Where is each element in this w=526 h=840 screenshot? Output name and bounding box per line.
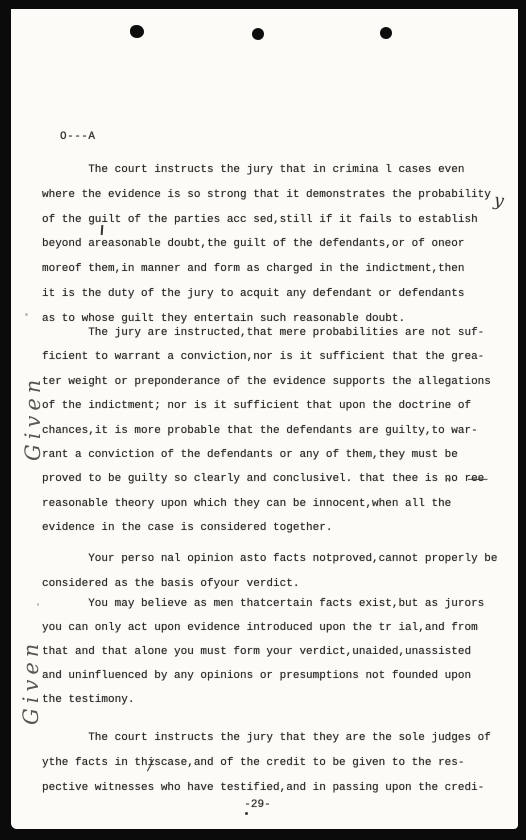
punch-hole-dot (380, 27, 392, 39)
paragraph-reasonable-doubt: The court instructs the jury that in cri… (42, 158, 491, 332)
paragraph-sole-judges: The court instructs the jury that they a… (42, 726, 491, 801)
text-line: where the evidence is so strong that it … (42, 183, 491, 208)
text-line: pective witnesses who have testified,and… (42, 776, 491, 801)
scan-speck (25, 313, 28, 316)
handwritten-given-note-1: Given (21, 375, 45, 461)
caret-insertion-mark: ^ (445, 477, 450, 487)
text-line: proved to be guilty so clearly and concl… (42, 467, 491, 491)
paragraph-evidence-only: You may believe as men thatcertain facts… (42, 592, 484, 712)
paragraph-personal-opinion: Your perso nal opinion asto facts notpro… (42, 547, 497, 597)
text-line: you can only act upon evidence introduce… (42, 616, 484, 640)
text-line: it is the duty of the jury to acquit any… (42, 282, 491, 307)
text-line: ythe facts in thiscase,and of the credit… (42, 751, 491, 776)
text-line: The court instructs the jury that they a… (42, 726, 491, 751)
text-line: moreof them,in manner and form as charge… (42, 257, 491, 282)
text-line: The court instructs the jury that in cri… (42, 158, 491, 183)
instruction-label: O---A (60, 131, 96, 143)
punch-hole-dot (130, 25, 144, 38)
text-line: beyond areasonable doubt,the guilt of th… (42, 232, 491, 257)
text-line: and uninfluenced by any opinions or pres… (42, 664, 484, 688)
page-number: -29- (11, 799, 504, 811)
scan-speck (37, 603, 39, 606)
text-line: Your perso nal opinion asto facts notpro… (42, 547, 497, 572)
handwritten-slash-mark: / (148, 756, 153, 774)
paragraph-mere-probabilities: The jury are instructed,that mere probab… (42, 321, 491, 541)
text-line: that and that alone you must form your v… (42, 640, 484, 664)
text-line: ficient to warrant a conviction,nor is i… (42, 345, 491, 369)
text-line: The jury are instructed,that mere probab… (42, 321, 491, 345)
text-line: of the indictment; nor is it sufficient … (42, 394, 491, 418)
text-line: You may believe as men thatcertain facts… (42, 592, 484, 616)
document-page: O---A The court instructs the jury that … (11, 9, 518, 829)
ink-dot (245, 812, 248, 815)
text-line: chances,it is more probable that the def… (42, 419, 491, 443)
text-line: the testimony. (42, 688, 484, 712)
text-line: of the guilt of the parties acc sed,stil… (42, 208, 491, 233)
text-line: evidence in the case is considered toget… (42, 516, 491, 540)
handwritten-y-correction: y (493, 190, 505, 211)
text-line: ter weight or preponderance of the evide… (42, 370, 491, 394)
scanned-document: { "document": { "heading": "O---A", "pag… (0, 0, 526, 840)
punch-hole-dot (252, 28, 264, 40)
text-line: rant a conviction of the defendants or a… (42, 443, 491, 467)
handwritten-given-note-2: Given (19, 639, 43, 725)
text-line: reasonable theory upon which they can be… (42, 492, 491, 516)
